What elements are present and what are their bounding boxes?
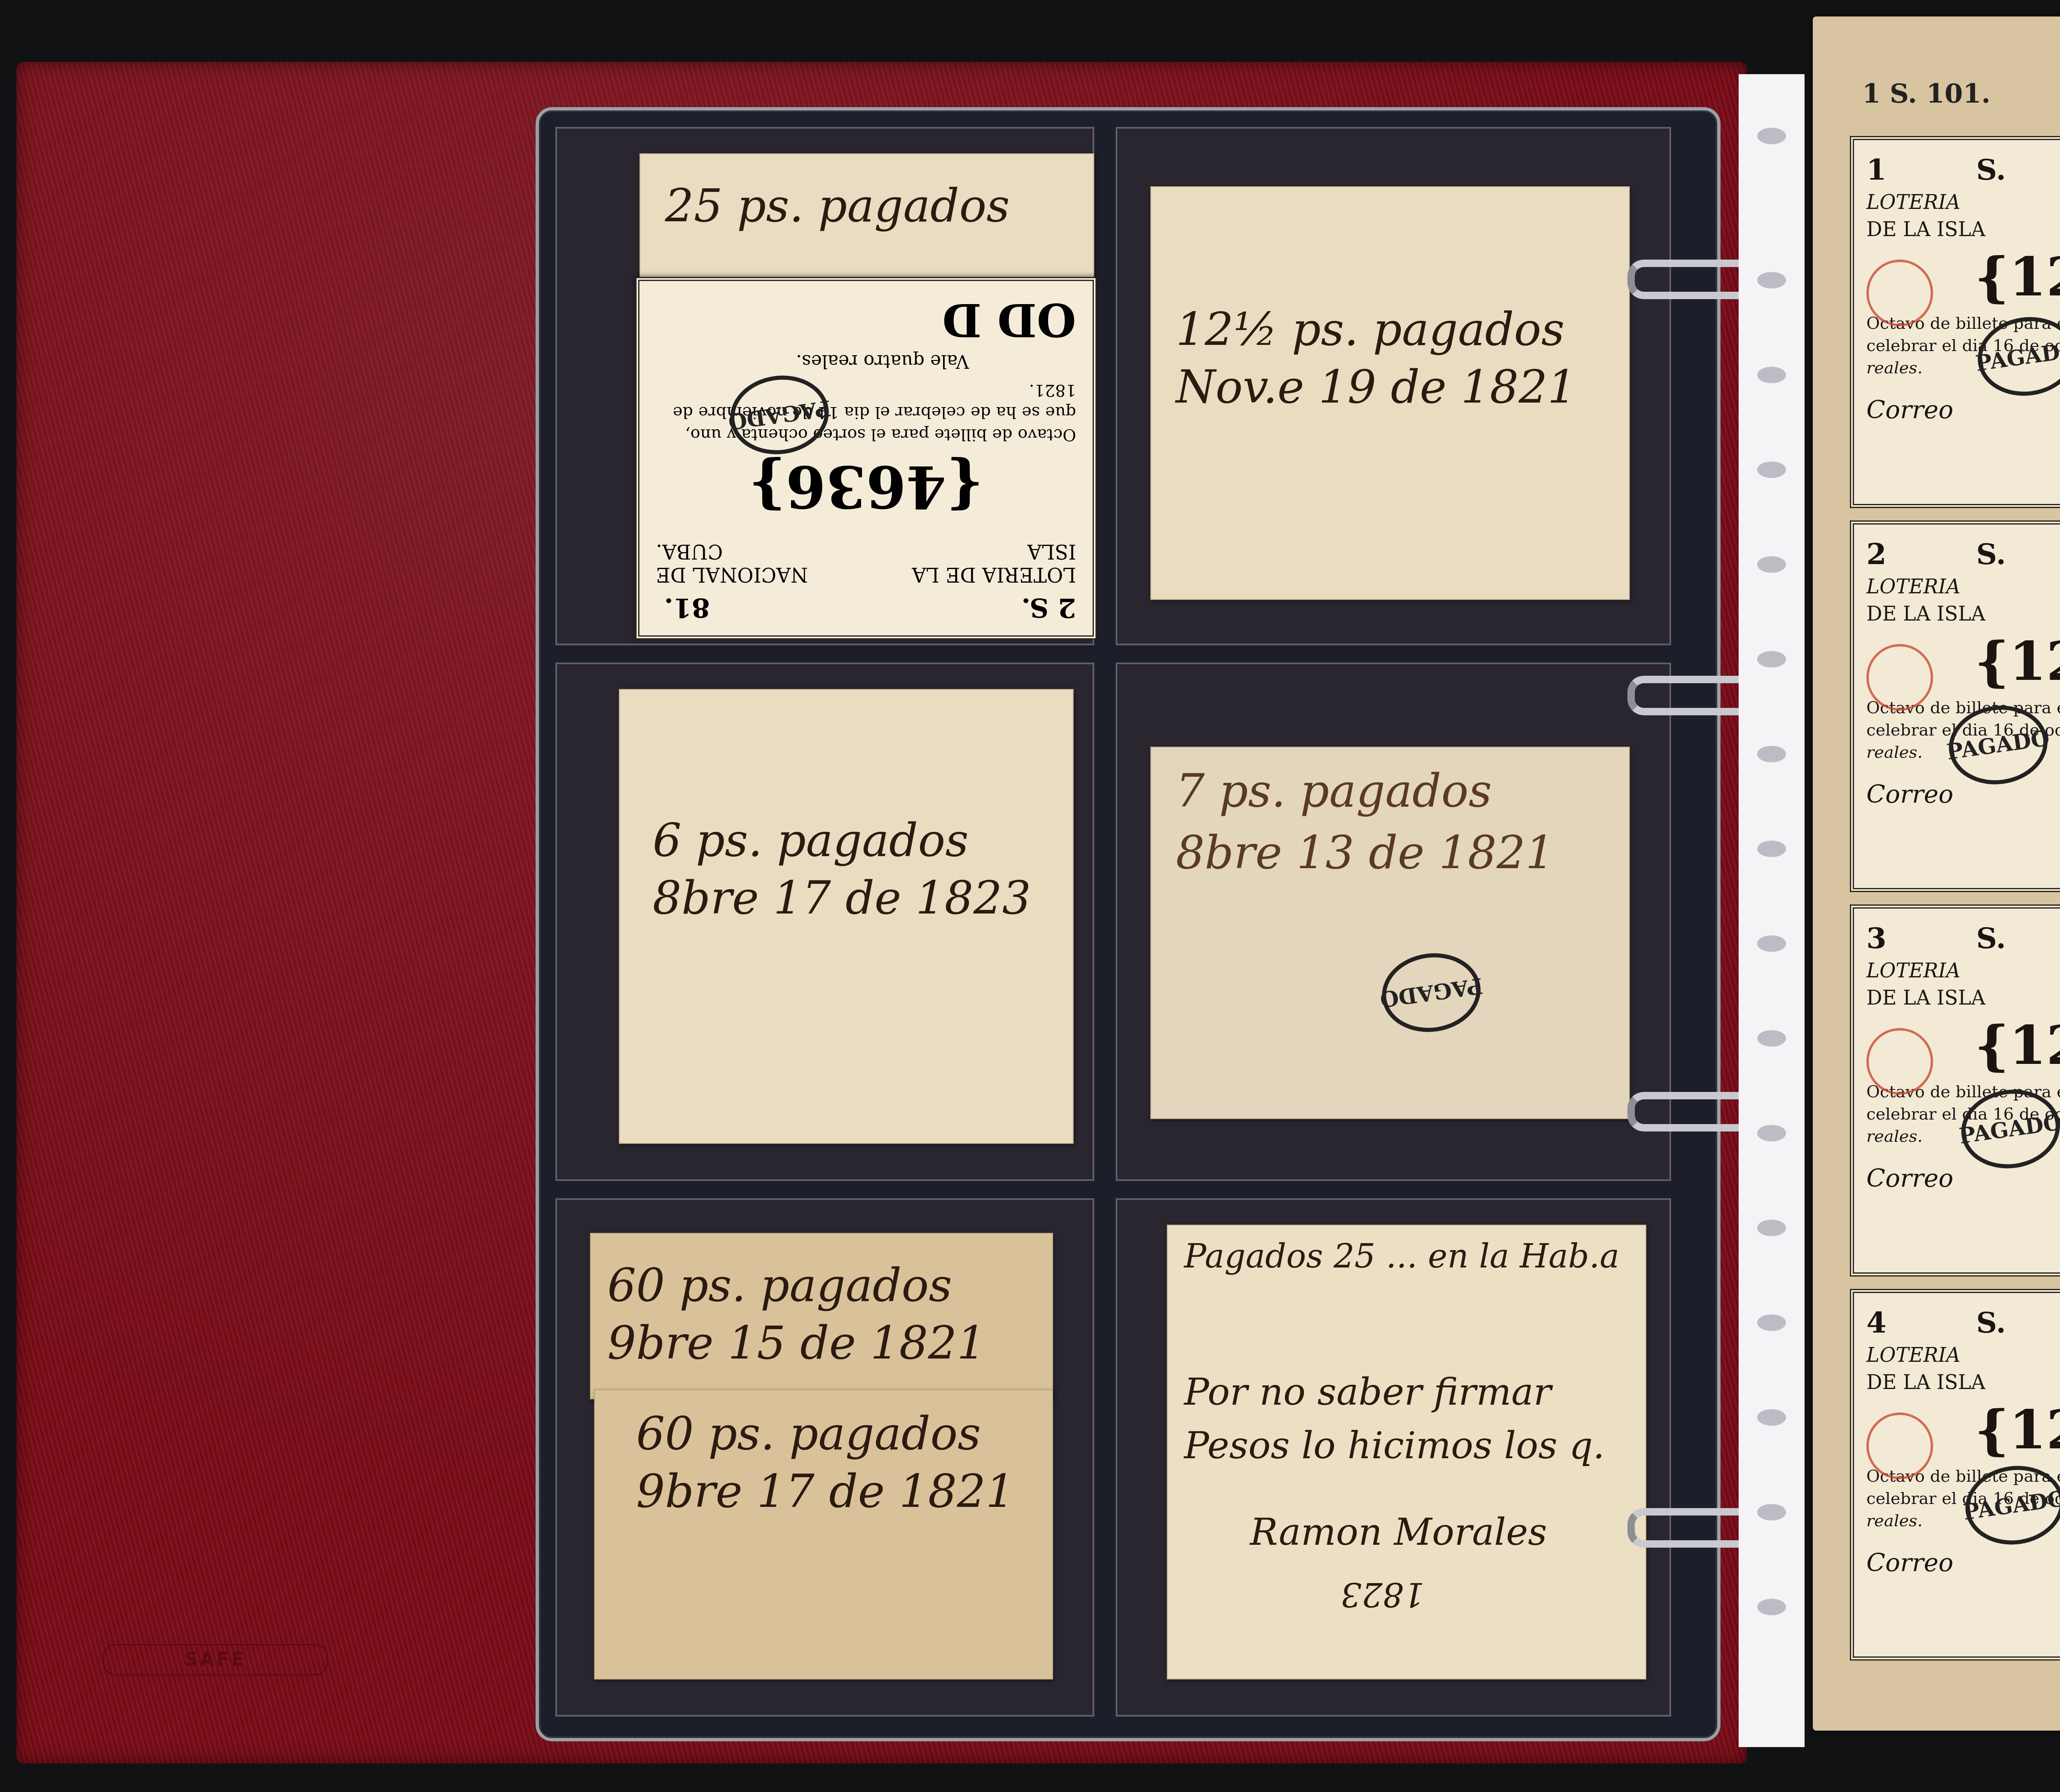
punch-hole bbox=[1757, 272, 1786, 288]
lottery-ticket: 3S.100. LOTERIANACIONAL DE LA ISLADE CUB… bbox=[1850, 904, 2060, 1277]
handwritten-line: Pagados 25 ... en la Hab.a bbox=[1184, 1230, 1619, 1283]
handwritten-note: 25 ps. pagados bbox=[665, 179, 1010, 232]
ticket-stack-back: 25 ps. pagados bbox=[639, 153, 1094, 279]
lottery-ticket: 1S.100. LOTERIANACIONAL DE LA ISLADE CUB… bbox=[1850, 136, 2060, 508]
pocket-middle-right: 7 ps. pagados 8bre 13 de 1821 PAGADO bbox=[1116, 663, 1671, 1181]
handwritten-line: Por no saber firmar bbox=[1184, 1366, 1551, 1419]
ticket-isla: DE LA ISLA bbox=[1866, 602, 1985, 625]
ticket-stack: 7 ps. pagados 8bre 13 de 1821 PAGADO bbox=[1150, 747, 1630, 1119]
signature: Ramon Morales bbox=[1250, 1506, 1547, 1559]
ticket-isla: DE LA ISLA bbox=[1866, 218, 1985, 241]
punch-hole bbox=[1757, 1220, 1786, 1236]
album-logo: SAFE bbox=[103, 1644, 328, 1675]
ticket-title-right: NACIONAL DE CUBA. bbox=[656, 540, 821, 586]
punch-hole bbox=[1757, 746, 1786, 762]
punched-strip bbox=[1739, 74, 1805, 1747]
ticket-s: S. bbox=[1976, 537, 2006, 571]
punch-hole bbox=[1757, 935, 1786, 952]
punch-hole bbox=[1757, 1599, 1786, 1615]
ticket-s: S. bbox=[1976, 1305, 2006, 1340]
handwritten-year: 1823 bbox=[1341, 1567, 1425, 1621]
punch-hole bbox=[1757, 367, 1786, 383]
ticket-loteria: LOTERIA bbox=[1866, 191, 1960, 214]
document-stack: Pagados 25 ... en la Hab.a Por no saber … bbox=[1167, 1225, 1646, 1680]
handwritten-note-line1: 7 ps. pagados bbox=[1176, 764, 1492, 818]
red-seal-stamp-icon bbox=[1866, 1028, 1933, 1095]
punch-hole bbox=[1757, 1409, 1786, 1426]
pocket-middle-left: 6 ps. pagados 8bre 17 de 1823 bbox=[555, 663, 1094, 1181]
ticket-number: {4636} bbox=[639, 452, 1093, 520]
ticket-correo: Correo bbox=[1866, 780, 1953, 809]
ticket-front: 60 ps. pagados 9bre 17 de 1821 bbox=[594, 1389, 1053, 1680]
red-seal-stamp-icon bbox=[1866, 260, 1933, 326]
punch-hole bbox=[1757, 1030, 1786, 1047]
ticket-loteria: LOTERIA bbox=[1866, 575, 1960, 598]
handwritten-note-line1: 6 ps. pagados bbox=[653, 813, 969, 867]
punch-hole bbox=[1757, 1504, 1786, 1520]
punch-hole bbox=[1757, 841, 1786, 857]
pagado-stamp: PAGADO bbox=[1377, 947, 1486, 1038]
handwritten-line: Pesos lo hicimos los q. bbox=[1184, 1419, 1605, 1473]
ticket-correo: Correo bbox=[1866, 396, 1953, 424]
handwritten-note-line1: 60 ps. pagados bbox=[607, 1258, 952, 1312]
handwritten-note-line1: 60 ps. pagados bbox=[636, 1407, 981, 1460]
punch-hole bbox=[1757, 128, 1786, 144]
red-seal-stamp-icon bbox=[1866, 644, 1933, 711]
ticket-isla: DE LA ISLA bbox=[1866, 1371, 1985, 1394]
lottery-ticket: 2S.100. LOTERIANACIONAL DE LA ISLADE CUB… bbox=[1850, 520, 2060, 892]
ticket-serie: 4 bbox=[1866, 1305, 1887, 1340]
ticket-correo: Correo bbox=[1866, 1164, 1953, 1193]
ticket-title-left: LOTERIA DE LA ISLA bbox=[911, 540, 1076, 586]
punch-hole bbox=[1757, 556, 1786, 573]
handwritten-note-line1: 12½ ps. pagados bbox=[1176, 302, 1564, 356]
punch-hole bbox=[1757, 651, 1786, 668]
punch-hole bbox=[1757, 1314, 1786, 1331]
ticket-s: S. bbox=[1976, 152, 2006, 187]
handwritten-note-line2: 9bre 17 de 1821 bbox=[636, 1464, 1014, 1518]
lottery-ticket-upside-down: 2 S. 81. LOTERIA DE LA ISLA NACIONAL DE … bbox=[635, 277, 1097, 639]
ticket-loteria: LOTERIA bbox=[1866, 959, 1960, 982]
handwritten-note-line2: Nov.e 19 de 1821 bbox=[1176, 360, 1576, 414]
ticket-stack: 6 ps. pagados 8bre 17 de 1823 bbox=[619, 689, 1074, 1144]
ticket-serie: 3 bbox=[1866, 921, 1887, 955]
punch-hole bbox=[1757, 461, 1786, 478]
ticket-value: Vale quatro reales. bbox=[796, 351, 969, 372]
pocket-bottom-left: 60 ps. pagados 9bre 15 de 1821 60 ps. pa… bbox=[555, 1198, 1094, 1717]
red-seal-stamp-icon bbox=[1866, 1413, 1933, 1479]
ticket-correo: Correo bbox=[1866, 1548, 1953, 1577]
ticket-isla: DE LA ISLA bbox=[1866, 986, 1985, 1010]
pocket-top-right: 12½ ps. pagados Nov.e 19 de 1821 bbox=[1116, 127, 1671, 645]
ticket-footer: OD D bbox=[942, 293, 1076, 347]
lottery-ticket: 4S.100. LOTERIANACIONAL DE LA ISLADE CUB… bbox=[1850, 1289, 2060, 1661]
handwritten-note-line2: 8bre 17 de 1823 bbox=[653, 871, 1031, 925]
ticket-serie: 2 S. bbox=[1021, 592, 1076, 623]
ticket-loteria: LOTERIA bbox=[1866, 1344, 1960, 1367]
ticket-back: 60 ps. pagados 9bre 15 de 1821 bbox=[590, 1233, 1053, 1399]
handwritten-note-line2: 8bre 13 de 1821 bbox=[1176, 826, 1554, 879]
handwritten-note-line2: 9bre 15 de 1821 bbox=[607, 1316, 986, 1370]
ticket-serie: 2 bbox=[1866, 537, 1887, 571]
left-sleeve-page: 25 ps. pagados 2 S. 81. LOTERIA DE LA IS… bbox=[536, 107, 1721, 1741]
ticket-stack: 12½ ps. pagados Nov.e 19 de 1821 bbox=[1150, 186, 1630, 600]
ticket-draw-number: 81. bbox=[664, 592, 710, 623]
pocket-top-left: 25 ps. pagados 2 S. 81. LOTERIA DE LA IS… bbox=[555, 127, 1094, 645]
ticket-text: Octavo de billete para el sorteo ochenta… bbox=[656, 379, 1076, 446]
ticket-serie: 1 bbox=[1866, 152, 1887, 187]
ticket-s: S. bbox=[1976, 921, 2006, 955]
lottery-ticket-sheet: 1S.100. LOTERIANACIONAL DE LA ISLADE CUB… bbox=[1850, 136, 2060, 1661]
sheet-header-left: 1 S. 101. bbox=[1862, 78, 1990, 109]
punch-hole bbox=[1757, 1125, 1786, 1141]
pocket-bottom-right: Pagados 25 ... en la Hab.a Por no saber … bbox=[1116, 1198, 1671, 1717]
